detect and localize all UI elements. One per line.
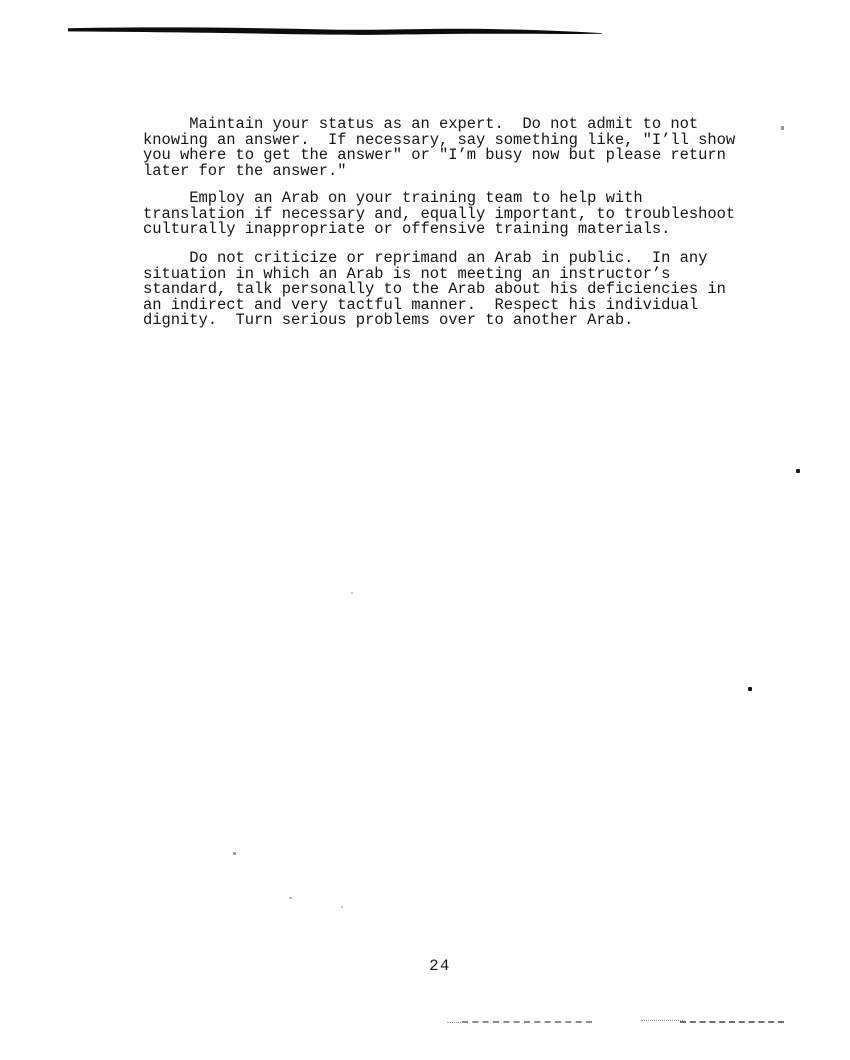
scanned-document-page: Maintain your status as an expert. Do no…	[0, 0, 850, 1060]
ink-speck	[289, 897, 292, 899]
scan-artifact-bottom-dots-right	[641, 1020, 683, 1021]
ink-speck	[796, 469, 800, 473]
scan-artifact-bottom-dash-right	[680, 1021, 784, 1023]
ink-speck	[748, 687, 752, 691]
paragraph-maintain-status: Maintain your status as an expert. Do no…	[143, 117, 763, 179]
scan-artifact-top-line	[60, 20, 610, 42]
page-number: 24	[143, 957, 737, 975]
scan-artifact-bottom-dash-left	[462, 1021, 592, 1023]
ink-speck	[341, 906, 343, 908]
ink-speck	[351, 592, 353, 594]
ink-speck	[233, 852, 236, 855]
paragraph-employ-translator: Employ an Arab on your training team to …	[143, 191, 763, 238]
ink-speck	[781, 126, 784, 130]
paragraph-do-not-criticize: Do not criticize or reprimand an Arab in…	[143, 251, 763, 329]
